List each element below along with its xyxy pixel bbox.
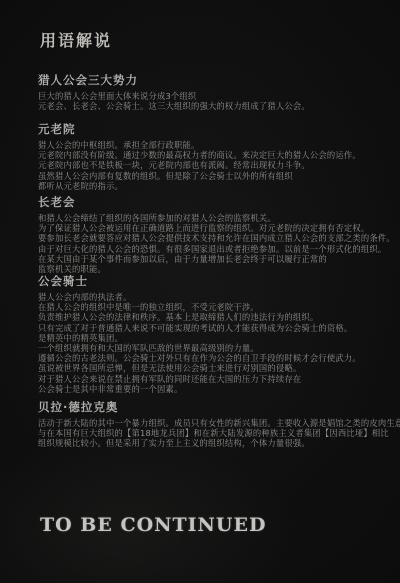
section-line: 只有完成了对于普通猎人来说不可能实现的考试的人才能获得成为公会骑士的资格。 xyxy=(38,323,386,333)
section-line: 要参加长老会就要答应对猎人公会提供技术支持和允许在国内成立猎人公会的支部之类的条… xyxy=(38,233,386,243)
section-heading: 公会骑士 xyxy=(38,273,386,289)
section-line: 虽然猎人公会内部有复数的组织。但是除了公会骑士以外的所有组织 xyxy=(38,171,386,181)
section-line: 元老院内部也不是铁板一块，元老院内部也有派阀。经常出现权力斗争。 xyxy=(38,160,386,170)
section-line: 与在本国有巨大组织的【第18地龙兵团】和在新大陆发源的种族主义者集团【因西比垭】… xyxy=(38,428,386,438)
glossary-section: 贝拉·德拉克奥 活动于新大陆的其中一个暴力组织。成员只有女性的新兴集团。主要收入… xyxy=(38,399,386,449)
glossary-page: 用语解说 猎人公会三大势力 巨大的猎人公会里面大体来说分成3个组织元老会、长老会… xyxy=(0,0,400,583)
section-heading: 元老院 xyxy=(38,121,386,137)
section-line: 公会骑士是其中非常重要的一个因素。 xyxy=(38,384,386,394)
section-line: 虽说被世界各国所忌惮，但是无法使用公会骑士来进行对别国的侵略。 xyxy=(38,363,386,373)
section-body: 巨大的猎人公会里面大体来说分成3个组织元老会、长老会、公会骑士。这三大组织的强大… xyxy=(38,91,386,111)
section-line: 和猎人公会缔结了组织的各国所参加的对猎人公会的监察机关。 xyxy=(38,213,386,223)
glossary-section: 猎人公会三大势力 巨大的猎人公会里面大体来说分成3个组织元老会、长老会、公会骑士… xyxy=(38,72,386,111)
glossary-section: 长老会 和猎人公会缔结了组织的各国所参加的对猎人公会的监察机关。为了保证猎人公会… xyxy=(38,194,386,274)
section-body: 和猎人公会缔结了组织的各国所参加的对猎人公会的监察机关。为了保证猎人公会被运用在… xyxy=(38,213,386,274)
section-line: 由于对巨大化的猎人公会的恐惧。有很多国家退出或者拒绝参加。以前是一个形式化的组织… xyxy=(38,244,386,254)
section-line: 为了保证猎人公会被运用在正确道路上而进行监察的组织。对元老院的决定拥有否定权。 xyxy=(38,223,386,233)
section-body: 猎人公会内部的执法者。在猎人公会的组织中是唯一的独立组织，不受元老院干涉。负责维… xyxy=(38,292,386,394)
section-body: 活动于新大陆的其中一个暴力组织。成员只有女性的新兴集团。主要收入源是娼馆之类的皮… xyxy=(38,418,386,449)
section-line: 对于猎人公会来说在禁止拥有军队的同时还能在大国的压力下持续存在 xyxy=(38,374,386,384)
glossary-section: 元老院 猎人公会的中枢组织。承担全部行政职能。元老院内部没有阶级。通过少数的最高… xyxy=(38,121,386,191)
glossary-section: 公会骑士 猎人公会内部的执法者。在猎人公会的组织中是唯一的独立组织，不受元老院干… xyxy=(38,273,386,394)
section-line: 在猎人公会的组织中是唯一的独立组织，不受元老院干涉。 xyxy=(38,302,386,312)
section-line: 猎人公会内部的执法者。 xyxy=(38,292,386,302)
section-line: 负责维护猎人公会的法律和秩序。基本上是取缔猎人们的违法行为的组织。 xyxy=(38,312,386,322)
section-line: 活动于新大陆的其中一个暴力组织。成员只有女性的新兴集团。主要收入源是娼馆之类的皮… xyxy=(38,418,386,428)
section-line: 巨大的猎人公会里面大体来说分成3个组织 xyxy=(38,91,386,101)
section-line: 元老院内部没有阶级。通过少数的最高权力者的商议。来决定巨大的猎人公会的运作。 xyxy=(38,150,386,160)
section-line: 都听从元老院的指示。 xyxy=(38,181,386,191)
section-line: 是精英中的精英集团。 xyxy=(38,333,386,343)
section-line: 猎人公会的中枢组织。承担全部行政职能。 xyxy=(38,140,386,150)
section-heading: 猎人公会三大势力 xyxy=(38,72,386,88)
section-heading: 贝拉·德拉克奥 xyxy=(38,399,386,415)
section-line: 组织规模比较小。但是采用了实力至上主义的组织结构，个体力量很强。 xyxy=(38,438,386,448)
section-line: 在某大国由于某个事件而参加以后，由于力量增加长老会终于可以履行正常的 xyxy=(38,254,386,264)
section-line: 遵循公会的古老法则。公会骑士对外只有在作为公会的自卫手段的时候才会行使武力。 xyxy=(38,353,386,363)
to-be-continued-text: TO BE CONTINUED xyxy=(40,514,266,536)
section-heading: 长老会 xyxy=(38,194,386,210)
section-line: 元老会、长老会、公会骑士。这三大组织的强大的权力组成了猎人公会。 xyxy=(38,101,386,111)
section-line: 一个组织就拥有和大国的军队匹敌的世界最高级别的力量。 xyxy=(38,343,386,353)
page-title: 用语解说 xyxy=(40,28,112,51)
section-body: 猎人公会的中枢组织。承担全部行政职能。元老院内部没有阶级。通过少数的最高权力者的… xyxy=(38,140,386,191)
